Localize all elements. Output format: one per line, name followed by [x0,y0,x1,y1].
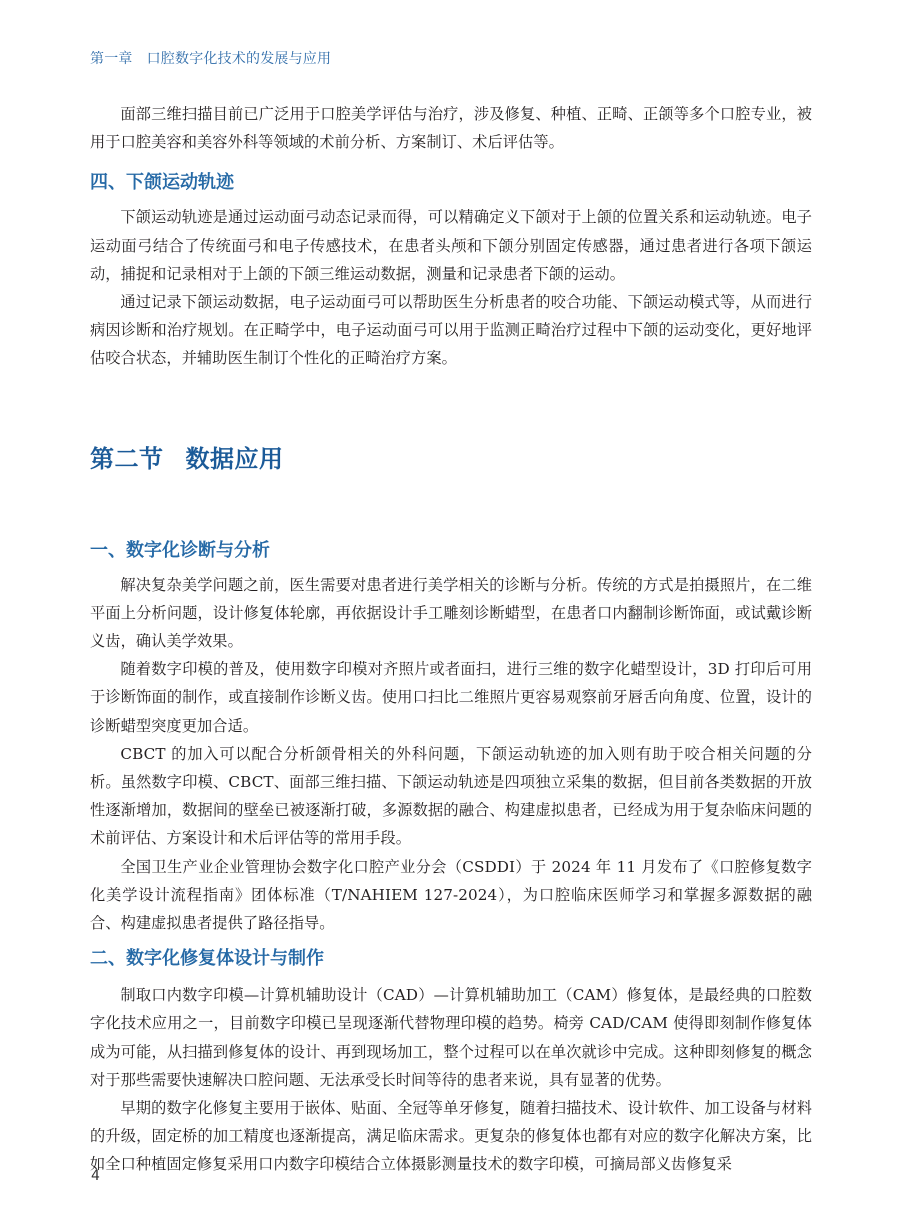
paragraph-diagnosis-2: 随着数字印模的普及，使用数字印模对齐照片或者面扫，进行三维的数字化蜡型设计，3D… [90,655,812,740]
paragraph-restoration-2: 早期的数字化修复主要用于嵌体、贴面、全冠等单牙修复，随着扫描技术、设计软件、加工… [90,1094,812,1179]
spacer [90,373,812,443]
paragraph-diagnosis-4: 全国卫生产业企业管理协会数字化口腔产业分会（CSDDI）于 2024 年 11 … [90,853,812,938]
paragraph-jaw-motion-1: 下颌运动轨迹是通过运动面弓动态记录而得，可以精确定义下颌对于上颌的位置关系和运动… [90,203,812,288]
page-number: 4 [91,1168,100,1184]
chapter-title: 口腔数字化技术的发展与应用 [147,51,332,67]
section-title: 第二节数据应用 [90,443,812,475]
paragraph-face-scan: 面部三维扫描目前已广泛用于口腔美学评估与治疗，涉及修复、种植、正畸、正颌等多个口… [90,100,812,156]
chapter-number: 第一章 [90,51,133,67]
heading-restoration: 二、数字化修复体设计与制作 [90,945,812,973]
spacer [90,973,812,981]
heading-jaw-motion: 四、下颌运动轨迹 [90,169,812,197]
paragraph-diagnosis-3: CBCT 的加入可以配合分析颌骨相关的外科问题，下颌运动轨迹的加入则有助于咬合相… [90,740,812,853]
section-number: 第二节 [90,445,164,473]
page-body: 面部三维扫描目前已广泛用于口腔美学评估与治疗，涉及修复、种植、正畸、正颌等多个口… [90,100,812,1179]
spacer [90,937,812,945]
spacer [90,156,812,169]
paragraph-jaw-motion-2: 通过记录下颌运动数据，电子运动面弓可以帮助医生分析患者的咬合功能、下颌运动模式等… [90,288,812,373]
heading-diagnosis: 一、数字化诊断与分析 [90,537,812,565]
spacer [90,475,812,537]
paragraph-diagnosis-1: 解决复杂美学问题之前，医生需要对患者进行美学相关的诊断与分析。传统的方式是拍摄照… [90,571,812,656]
running-header: 第一章口腔数字化技术的发展与应用 [90,48,331,68]
section-name: 数据应用 [186,445,284,473]
paragraph-restoration-1: 制取口内数字印模—计算机辅助设计（CAD）—计算机辅助加工（CAM）修复体，是最… [90,981,812,1094]
